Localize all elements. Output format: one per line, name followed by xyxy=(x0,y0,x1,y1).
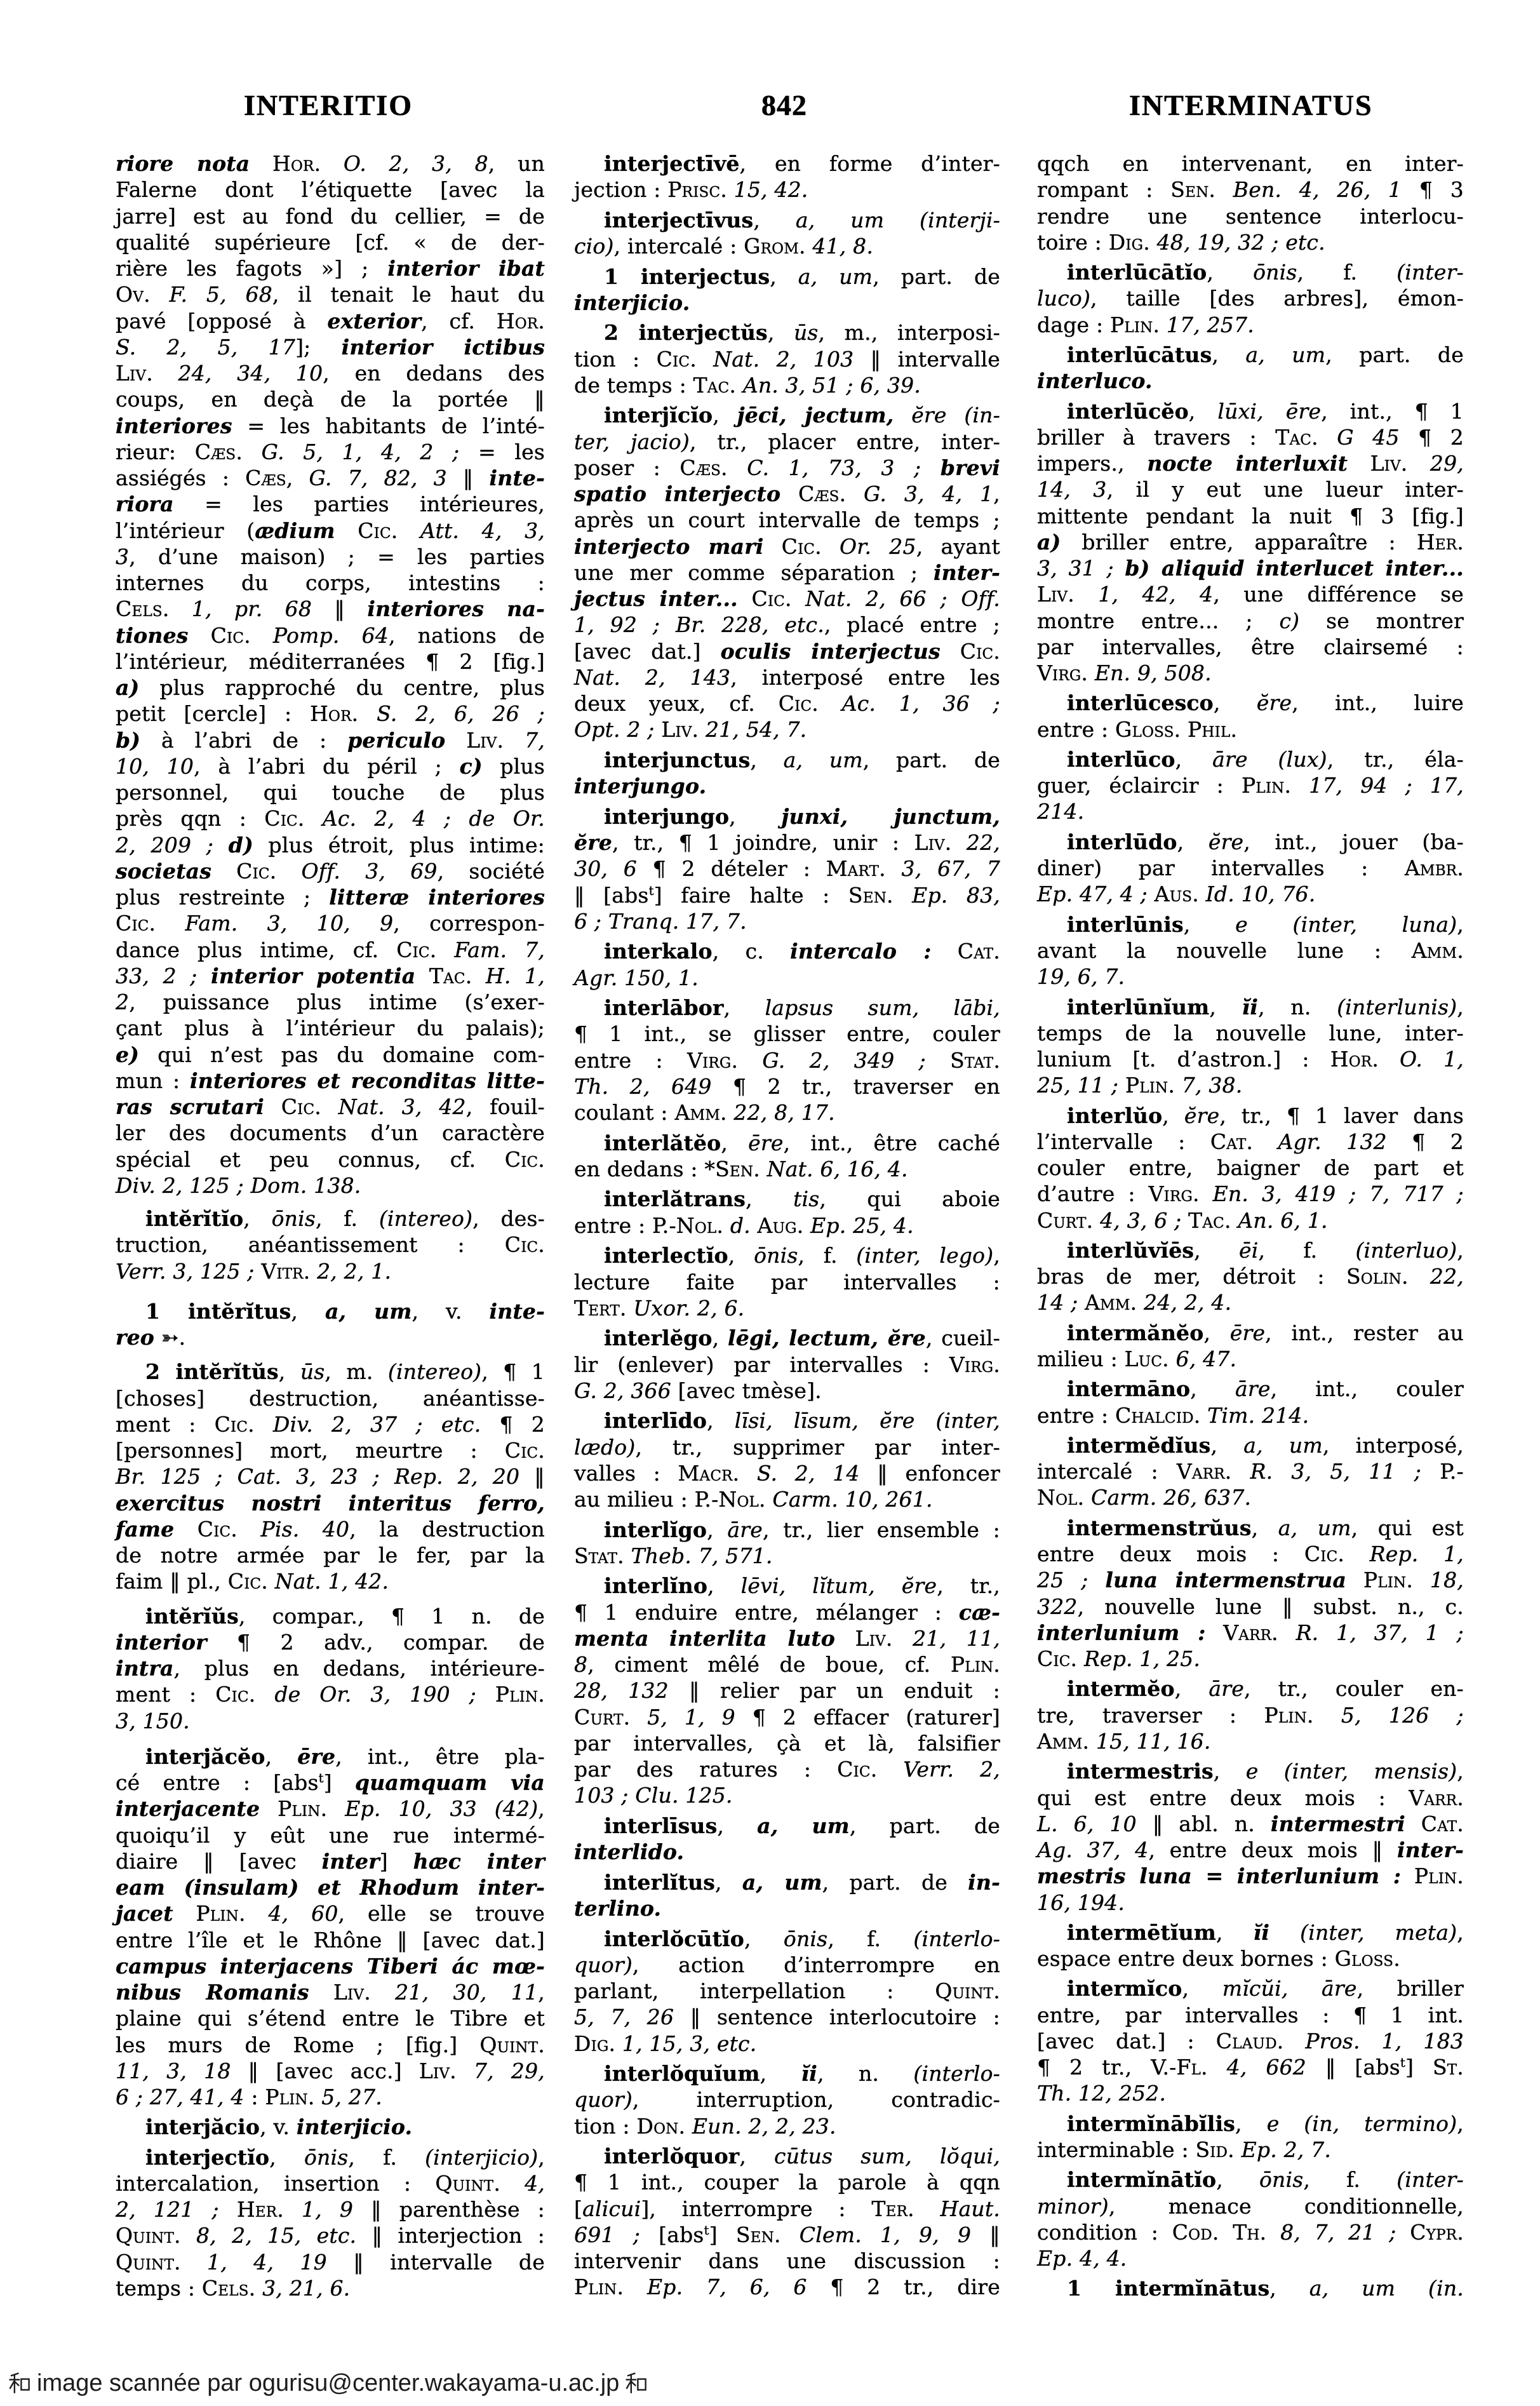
headword: interlĕgo xyxy=(604,1326,713,1350)
italic-text: 4, 3, 6 ; xyxy=(1100,1208,1181,1233)
author-abbreviation: Cic. xyxy=(837,1757,877,1782)
author-abbreviation: P.- xyxy=(1440,1459,1464,1484)
latin-example: riora xyxy=(116,492,174,516)
italic-text: 3 xyxy=(116,544,129,569)
headword: interlābor xyxy=(604,995,724,1020)
entry-line: interjacente Plin. Ep. 10, 33 (42), xyxy=(116,1796,545,1822)
text-run: couler entre, baigner de part et xyxy=(1037,1155,1464,1180)
text-run xyxy=(624,2275,647,2299)
text-run xyxy=(321,151,344,176)
entry-line: personnel, qui touche de plus xyxy=(116,779,545,805)
entry-line: L. 6, 10 ‖ abl. n. intermestri Cat. xyxy=(1037,1811,1464,1837)
text-run: qualité supérieure [cf. « de der- xyxy=(116,230,545,255)
entry-line: interlūcātĭo, ōnis, f. (inter- xyxy=(1037,259,1464,285)
text-run: , int., être pla- xyxy=(335,1744,545,1769)
italic-text: ēi xyxy=(1239,1238,1258,1263)
entry-line: interlūdo, ĕre, int., jouer (ba- xyxy=(1037,829,1464,855)
text-run: l’intérieur ( xyxy=(116,518,255,543)
italic-text: Ep. 4, 4. xyxy=(1037,2246,1127,2271)
text-run: , int., rester au xyxy=(1265,1321,1464,1345)
text-run: ‖ sentence interlocutoire : xyxy=(674,2005,1000,2029)
text-run xyxy=(170,596,192,621)
text-run xyxy=(1344,1542,1370,1566)
latin-example: junxi, junctum, xyxy=(781,804,1000,829)
italic-text: Div. 2, 125 ; Dom. 138. xyxy=(116,1173,361,1198)
italic-text: d. xyxy=(730,1213,751,1238)
italic-text: 5, 1, 9 xyxy=(647,1705,735,1730)
text-run: temps de la nouvelle lune, inter- xyxy=(1037,1021,1464,1045)
headword: interlūdo xyxy=(1067,830,1177,854)
text-run: intercalation, insertion : xyxy=(116,2171,435,2196)
entry-line: 30, 6 ¶ 2 dételer : Mart. 3, 67, 7 xyxy=(574,856,1000,882)
text-run: , compar., ¶ 1 n. de xyxy=(239,1604,545,1629)
entry-continuation: riore nota Hor. O. 2, 3, 8, unFalerne do… xyxy=(116,151,545,1199)
text-run: , des- xyxy=(472,1206,545,1231)
text-run: deux yeux, cf. xyxy=(574,691,779,716)
author-abbreviation: Cæs. xyxy=(195,440,243,464)
italic-text: S. 2, 5, 17 xyxy=(116,335,295,360)
entry-line: petit [cercle] : Hor. S. 2, 6, 26 ; xyxy=(116,701,545,727)
dictionary-entry: interlŏquĭum, ĭi, n. (interlo-quor), int… xyxy=(574,2060,1000,2139)
italic-text: 2 xyxy=(116,990,129,1014)
latin-example: interjungo. xyxy=(574,774,706,798)
latin-example: a, um xyxy=(325,1299,412,1324)
entry-line: ¶ 1 int., couper la parole à qqn xyxy=(574,2169,1000,2195)
entry-line: interminable : Sid. Ep. 2, 7. xyxy=(1037,2137,1464,2163)
author-abbreviation: Tert. xyxy=(574,1296,627,1321)
entry-line: interlătĕo, ēre, int., être caché xyxy=(574,1130,1000,1156)
entry-line: fame Cic. Pis. 40, la destruction xyxy=(116,1516,545,1542)
entry-line: mittente pendant la nuit ¶ 3 [fig.] xyxy=(1037,503,1464,529)
author-abbreviation: Nol. xyxy=(1037,1485,1084,1510)
text-run xyxy=(1278,1620,1296,1645)
text-run: ] xyxy=(324,1770,355,1795)
author-abbreviation: Ter. xyxy=(871,2196,914,2221)
text-run xyxy=(436,938,454,962)
author-abbreviation: Plin. xyxy=(278,1796,327,1821)
entry-line: entre deux mois : Cic. Rep. 1, xyxy=(1037,1541,1464,1567)
entry-line: societas Cic. Off. 3, 69, société xyxy=(116,858,545,884)
entry-line: cio), intercalé : Grom. 41, 8. xyxy=(574,233,1000,259)
author-abbreviation: Liv. xyxy=(914,830,952,855)
text-run xyxy=(1200,1181,1213,1206)
italic-text: 19, 6, 7. xyxy=(1037,964,1125,989)
italic-text: Fam. 7, xyxy=(454,938,545,962)
entry-line: [avec dat.] oculis interjectus Cic. xyxy=(574,638,1000,664)
italic-text: Br. 125 ; Cat. 3, 23 ; Rep. 2, 20 xyxy=(116,1464,519,1489)
scan-credit-text: image scannée par ogurisu@center.wakayam… xyxy=(37,2370,619,2396)
entry-line: intercalation, insertion : Quint. 4, xyxy=(116,2170,545,2196)
text-run: l’intervalle : xyxy=(1037,1129,1210,1154)
entry-line: coups, en deçà de la portée ‖ xyxy=(116,386,545,412)
entry-line: interlūcesco, ĕre, int., luire xyxy=(1037,690,1464,716)
italic-text: Off. 3, 69 xyxy=(302,859,438,884)
text-run: , en forme d’inter- xyxy=(740,151,1000,176)
entry-line: 8, ciment mêlé de boue, cf. Plin. xyxy=(574,1651,1000,1677)
latin-example: interiores na- xyxy=(367,596,545,621)
entry-line: 14 ; Amm. 24, 2, 4. xyxy=(1037,1289,1464,1315)
italic-text: Th. 2, 649 xyxy=(574,1074,712,1099)
entry-line: a) plus rapproché du centre, plus xyxy=(116,675,545,701)
text-run: milieu : xyxy=(1037,1347,1125,1371)
entry-line: 1 intĕrĭtus, a, um, v. inte- xyxy=(116,1298,545,1324)
author-abbreviation: Cat. xyxy=(1210,1129,1253,1154)
entry-line: 3, d’une maison) ; = les parties xyxy=(116,544,545,570)
entry-line: Verr. 3, 125 ; Vitr. 2, 2, 1. xyxy=(116,1258,545,1284)
italic-text: 1, 42, 4 xyxy=(1098,582,1213,607)
text-run xyxy=(627,1296,634,1321)
entry-line: interjăcĕo, ēre, int., être pla- xyxy=(116,1744,545,1770)
text-run: , xyxy=(1162,1103,1184,1128)
text-run xyxy=(1348,451,1370,476)
entry-line: ter, jacio), tr., placer entre, inter- xyxy=(574,429,1000,455)
author-abbreviation: Plin. xyxy=(1242,773,1291,798)
author-abbreviation: Stat. xyxy=(574,1543,624,1568)
italic-text: āre (lux) xyxy=(1212,747,1327,772)
italic-text: a, um xyxy=(798,264,873,289)
text-run: , tr., couler en- xyxy=(1244,1676,1464,1701)
text-run: ¶ 2 adv., compar. de xyxy=(207,1630,545,1655)
italic-text: Nat. 2, 143 xyxy=(574,665,730,690)
dictionary-entry: intermănĕo, ēre, int., rester aumilieu :… xyxy=(1037,1320,1464,1373)
latin-example: interlunium : xyxy=(1037,1620,1205,1645)
headword: interlūnis xyxy=(1067,912,1184,937)
latin-example: ēre xyxy=(297,1744,335,1769)
italic-text: Verr. 3, 125 ; xyxy=(116,1259,255,1284)
entry-line: Nat. 2, 143, interposé entre les xyxy=(574,664,1000,690)
text-run: , int., luire xyxy=(1292,690,1464,715)
entry-line: interlŏquor, cūtus sum, lŏqui, xyxy=(574,2143,1000,2169)
text-run: , f. xyxy=(1297,260,1397,285)
headword: intermĭnābĭlis xyxy=(1067,2111,1235,2136)
author-abbreviation: Cic. xyxy=(505,1147,545,1172)
text-run xyxy=(727,177,734,202)
entry-line: bras de mer, détroit : Solin. 22, xyxy=(1037,1263,1464,1289)
entry-line: interjicio. xyxy=(574,290,1000,316)
text-run: , xyxy=(707,1573,741,1598)
text-run xyxy=(1075,582,1098,607)
text-run xyxy=(1379,1047,1400,1072)
entry-line: jectus inter... Cic. Nat. 2, 66 ; Off. xyxy=(574,586,1000,612)
entry-line: intermāno, āre, int., couler xyxy=(1037,1376,1464,1402)
italic-text: 17, 257. xyxy=(1167,313,1254,337)
headword: intĕrĭtus xyxy=(188,1299,291,1324)
text-run: , xyxy=(1216,1920,1254,1945)
text-run: montre entre... ; xyxy=(1037,608,1280,633)
author-abbreviation: Ov. xyxy=(116,282,151,307)
italic-text: Pomp. 64 xyxy=(273,623,389,648)
italic-text: 8, 2, 15, etc. xyxy=(196,2223,356,2248)
headword: intĕrĭtĭo xyxy=(145,1206,243,1231)
headword: intermĭnātĭo xyxy=(1067,2167,1216,2192)
italic-text: 3, 150. xyxy=(116,1709,190,1733)
author-abbreviation: Sen. xyxy=(715,1157,760,1181)
italic-text: Or. 25 xyxy=(840,534,916,559)
text-run: ] xyxy=(380,1849,413,1874)
italic-text: 30, 6 xyxy=(574,856,637,881)
entry-line: faim ‖ pl., Cic. Nat. 1, 42. xyxy=(116,1568,545,1594)
author-abbreviation: Luc. xyxy=(1125,1347,1169,1371)
dictionary-entry: 2 interjectŭs, ūs, m., interposi-tion : … xyxy=(574,319,1000,398)
text-run xyxy=(760,1157,767,1181)
text-run: coulant : xyxy=(574,1100,674,1125)
entry-line: interlŭo, ĕre, tr., ¶ 1 laver dans xyxy=(1037,1103,1464,1129)
text-run xyxy=(284,2197,302,2222)
entry-line: interlābor, lapsus sum, lābi, xyxy=(574,995,1000,1021)
text-run xyxy=(198,964,211,988)
text-run: ‖ intervalle xyxy=(854,347,1000,372)
entry-line: interior ¶ 2 adv., compar. de xyxy=(116,1629,545,1655)
text-run xyxy=(1396,2220,1410,2245)
entry-line: exercitus nostri interitus ferro, xyxy=(116,1490,545,1516)
entry-line: tion : Don. Eun. 2, 2, 23. xyxy=(574,2113,1000,2139)
text-run: [avec dat.] : xyxy=(1037,2029,1216,2053)
latin-example: periculo xyxy=(347,728,445,753)
text-run: ment : xyxy=(116,1412,215,1437)
latin-example: hæc inter xyxy=(413,1849,545,1874)
italic-text: Haut. xyxy=(941,2196,1000,2221)
text-run: , xyxy=(744,1926,784,1951)
entry-line: nibus Romanis Liv. 21, 30, 11, xyxy=(116,1979,545,2005)
italic-text: minor) xyxy=(1037,2194,1109,2219)
italic-text: a, um (in. xyxy=(1309,2276,1464,2301)
italic-text: Ben. 4, 26, 1 xyxy=(1233,177,1402,202)
text-run: ¶ 2 tr., dire xyxy=(807,2275,1000,2299)
entry-line: interlūco, āre (lux), tr., éla- xyxy=(1037,746,1464,772)
author-abbreviation: Gloss. Phil. xyxy=(1115,717,1237,742)
text-run: personnel, qui touche de plus xyxy=(116,780,545,805)
author-abbreviation: Cic. xyxy=(779,691,819,716)
text-run: , xyxy=(1207,260,1253,285)
italic-text: G. 3, 4, 1 xyxy=(864,481,993,506)
italic-text: F. 5, 68 xyxy=(170,282,272,307)
italic-text: a, um xyxy=(1278,1516,1351,1540)
scan-credit-footer: image scannée par ogurisu@center.wakayam… xyxy=(9,2370,647,2396)
italic-text: lūxi, ēre xyxy=(1217,399,1321,424)
italic-text: An. 6, 1. xyxy=(1238,1208,1327,1233)
italic-text: 1, 9 xyxy=(302,2197,353,2222)
text-run xyxy=(321,1094,338,1119)
italic-text: 5, 126 ; xyxy=(1341,1703,1464,1728)
italic-text: 25 ; xyxy=(1037,1568,1088,1592)
italic-text: cio) xyxy=(574,234,614,259)
dictionary-entry: 2 intĕrĭtŭs, ūs, m. (intereo), ¶ 1[chose… xyxy=(116,1359,545,1594)
text-run: , m., interposi- xyxy=(819,320,1000,345)
text-run xyxy=(255,1412,273,1437)
latin-example: luna intermenstrua xyxy=(1105,1568,1346,1592)
italic-text: G. 7, 82, 3 xyxy=(309,466,447,490)
text-run xyxy=(255,2276,262,2301)
headword: intermenstrŭus xyxy=(1067,1516,1252,1540)
entry-line: par des ratures : Cic. Verr. 2, xyxy=(574,1756,1000,1782)
entry-line: interlŏcūtĭo, ōnis, f. (interlo- xyxy=(574,1926,1000,1952)
text-run: ¶ 2 xyxy=(1387,1129,1464,1154)
headword: interlĭno xyxy=(604,1573,707,1598)
text-run: , nouvelle lune ‖ subst. n., c. xyxy=(1078,1594,1464,1619)
entry-line: interiores = les habitants de l’inté- xyxy=(116,413,545,439)
text-run: plus rapproché du centre, plus xyxy=(139,675,545,700)
entry-line: impers., nocte interluxit Liv. 29, xyxy=(1037,450,1464,476)
author-abbreviation: Liv. xyxy=(855,1626,893,1651)
text-run: truction, anéantissement : xyxy=(116,1232,505,1257)
entry-line: rière les fagots »] ; interior ibat xyxy=(116,255,545,281)
italic-text: Nat. 3, 42 xyxy=(338,1094,466,1119)
text-run: [abs xyxy=(640,2222,704,2247)
latin-example: interluco. xyxy=(1037,368,1153,393)
entry-line: 5, 7, 26 ‖ sentence interlocutoire : xyxy=(574,2004,1000,2030)
italic-text: lapsus sum, lābi, xyxy=(765,995,1000,1020)
entry-line: 1 intermĭnātus, a, um (in. xyxy=(1037,2275,1464,2301)
italic-text: Th. 12, 252. xyxy=(1037,2081,1166,2106)
text-run: çant plus à l’intérieur du palais); xyxy=(116,1016,545,1040)
text-run xyxy=(1231,1208,1238,1233)
homonym-number: 2 xyxy=(604,320,639,345)
text-run: internes du corps, intestins : xyxy=(116,570,545,595)
entry-line: montre entre... ; c) se montrer xyxy=(1037,608,1464,634)
text-run: toire : xyxy=(1037,230,1109,255)
text-run: rompant : xyxy=(1037,177,1170,202)
entry-line: dance plus intime, cf. Cic. Fam. 7, xyxy=(116,937,545,963)
text-run: ¶ 1 int., se glisser entre, couler xyxy=(574,1021,1000,1046)
dictionary-entry: interlĭtus, a, um, part. de in-terlino. xyxy=(574,1869,1000,1922)
italic-text: līsi, līsum, ĕre (inter, xyxy=(735,1408,1000,1433)
text-run: entre l’île et le Rhône ‖ [avec dat.] xyxy=(116,1928,545,1952)
entry-line: intermĭnābĭlis, e (in, termino), xyxy=(1037,2111,1464,2137)
latin-example: inter xyxy=(322,1849,380,1874)
author-abbreviation: Cic. xyxy=(264,806,304,831)
italic-text: Ep. 10, 33 (42) xyxy=(345,1796,538,1821)
dictionary-entry: interjĭcĭo, jēci, jectum, ĕre (in-ter, j… xyxy=(574,402,1000,743)
entry-line: l’intérieur, méditerranées ¶ 2 [fig.] xyxy=(116,649,545,675)
text-run: au milieu : xyxy=(574,1487,695,1512)
text-run: ¶ 2 dételer : xyxy=(637,856,826,881)
text-run: , tr., supprimer par inter- xyxy=(635,1435,1000,1460)
entry-line: Curt. 5, 1, 9 ¶ 2 effacer (raturer] xyxy=(574,1704,1000,1730)
entry-line: rieur: Cæs. G. 5, 1, 4, 2 ; = les xyxy=(116,439,545,465)
text-run: rieur: xyxy=(116,440,195,464)
text-run xyxy=(238,1517,260,1542)
entry-line: valles : Macr. S. 2, 14 ‖ enfoncer xyxy=(574,1460,1000,1486)
latin-example: ĭi xyxy=(1254,1920,1269,1945)
text-run xyxy=(1114,556,1125,581)
text-run: qqch en intervenant, en inter- xyxy=(1037,151,1464,176)
text-run: , xyxy=(1190,1376,1235,1401)
text-run: ‖ intervalle de xyxy=(327,2250,545,2275)
text-run: impers., xyxy=(1037,451,1147,476)
italic-text: Uxor. 2, 6. xyxy=(633,1296,744,1321)
entry-line: près qqn : Cic. Ac. 2, 4 ; de Or. xyxy=(116,805,545,831)
entry-line: 11, 3, 18 ‖ [avec acc.] Liv. 7, 29, xyxy=(116,2058,545,2084)
entry-line: milieu : Luc. 6, 47. xyxy=(1037,1346,1464,1372)
author-abbreviation: Cypr. xyxy=(1410,2220,1464,2245)
entry-line: 2 interjectŭs, ūs, m., interposi- xyxy=(574,319,1000,346)
text-run xyxy=(309,1980,333,2005)
italic-text: e (in, termino) xyxy=(1267,2111,1457,2136)
text-run: , placé entre ; xyxy=(824,612,1000,637)
author-abbreviation: Grom. xyxy=(744,234,806,259)
entry-line: deux yeux, cf. Cic. Ac. 1, 36 ; xyxy=(574,690,1000,716)
italic-text: 8 xyxy=(574,1652,587,1677)
text-run xyxy=(1314,1703,1341,1728)
author-abbreviation: Hor. xyxy=(1330,1047,1379,1072)
text-run xyxy=(819,691,842,716)
text-run: , xyxy=(265,1744,298,1769)
text-run: , v. xyxy=(412,1299,489,1324)
text-run xyxy=(243,440,262,464)
italic-text: 3, 31 ; xyxy=(1037,556,1114,581)
headword: interlūcesco xyxy=(1067,690,1214,715)
text-run: , ¶ 1 xyxy=(481,1359,545,1384)
text-run xyxy=(1118,1073,1125,1098)
page-number: 842 xyxy=(761,91,807,120)
text-run: , xyxy=(993,1243,1000,1268)
text-run xyxy=(1407,451,1430,476)
entry-line: Cels. 1, pr. 68 ‖ interiores na- xyxy=(116,596,545,622)
entry-line: Ag. 37, 4, entre deux mois ‖ inter- xyxy=(1037,1837,1464,1863)
entry-line: ¶ 1 int., se glisser entre, couler xyxy=(574,1021,1000,1047)
text-run xyxy=(630,1705,647,1730)
entry-line: assiégés : Cæs, G. 7, 82, 3 ‖ inte- xyxy=(116,465,545,491)
right-guide-word: INTERMINATUS xyxy=(1129,91,1373,120)
text-run: temps : xyxy=(116,2276,202,2301)
homonym-number: 2 xyxy=(145,1359,175,1384)
text-run: ] xyxy=(709,2222,736,2247)
italic-text: (inter- xyxy=(1396,260,1464,285)
italic-text: a, um xyxy=(784,748,863,772)
text-run: , intercalé : xyxy=(614,234,744,259)
text-run: ‖ xyxy=(447,466,490,490)
entry-line: tiones Cic. Pomp. 64, nations de xyxy=(116,622,545,649)
entry-line: qualité supérieure [cf. « de der- xyxy=(116,229,545,255)
italic-text: R. 1, 37, 1 ; xyxy=(1296,1620,1464,1645)
entry-line: 6 ; Tranq. 17, 7. xyxy=(574,908,1000,934)
text-run xyxy=(504,728,525,753)
entry-line: spatio interjecto Cæs. G. 3, 4, 1, xyxy=(574,481,1000,507)
italic-text: 1, pr. 68 xyxy=(192,596,312,621)
italic-text: 2, 209 ; xyxy=(116,833,213,857)
italic-text: 22, xyxy=(967,830,1000,855)
text-run: , xyxy=(1184,912,1235,937)
italic-text: tis xyxy=(793,1186,819,1211)
author-abbreviation: Virg. xyxy=(1037,661,1088,685)
text-run: petit [cercle] : xyxy=(116,701,310,726)
entry-line: Plin. Ep. 7, 6, 6 ¶ 2 tr., dire xyxy=(574,2274,1000,2300)
author-abbreviation: Cic. xyxy=(215,1412,255,1437)
author-abbreviation: Liv. xyxy=(466,728,504,753)
text-run: ¶ 2 xyxy=(1400,425,1464,450)
text-run xyxy=(846,481,864,506)
latin-example: eam (insulam) et Rhodum inter- xyxy=(116,1875,545,1900)
text-run: ‖ [avec acc.] xyxy=(231,2059,419,2083)
headword: interlŭvĭēs xyxy=(1067,1238,1194,1263)
latin-example: ras scrutari xyxy=(116,1094,264,1119)
author-abbreviation: Prisc. xyxy=(667,177,727,202)
latin-example: inte- xyxy=(490,1299,545,1324)
headword: intĕrĭtŭs xyxy=(175,1359,278,1384)
italic-text: Rep. 1, 25. xyxy=(1084,1646,1200,1671)
italic-text: Ep. 7, 6, 6 xyxy=(647,2275,807,2299)
italic-text: G. 2, 349 ; xyxy=(762,1048,926,1073)
entry-line: jarre] est au fond du cellier, = de xyxy=(116,203,545,229)
dictionary-entry: interjăcio, v. interjicio. xyxy=(116,2114,545,2140)
dictionary-entry: interjectĭo, ōnis, f. (interjicio),inter… xyxy=(116,2144,545,2302)
author-abbreviation: Cic. xyxy=(198,1517,238,1542)
italic-text: 17, 94 ; 17, xyxy=(1309,773,1464,798)
latin-example: d) xyxy=(229,833,253,857)
author-abbreviation: Hor. xyxy=(310,701,358,726)
entry-line: intĕrĭŭs, compar., ¶ 1 n. de xyxy=(116,1603,545,1629)
entry-line: Br. 125 ; Cat. 3, 23 ; Rep. 2, 20 ‖ xyxy=(116,1463,545,1489)
